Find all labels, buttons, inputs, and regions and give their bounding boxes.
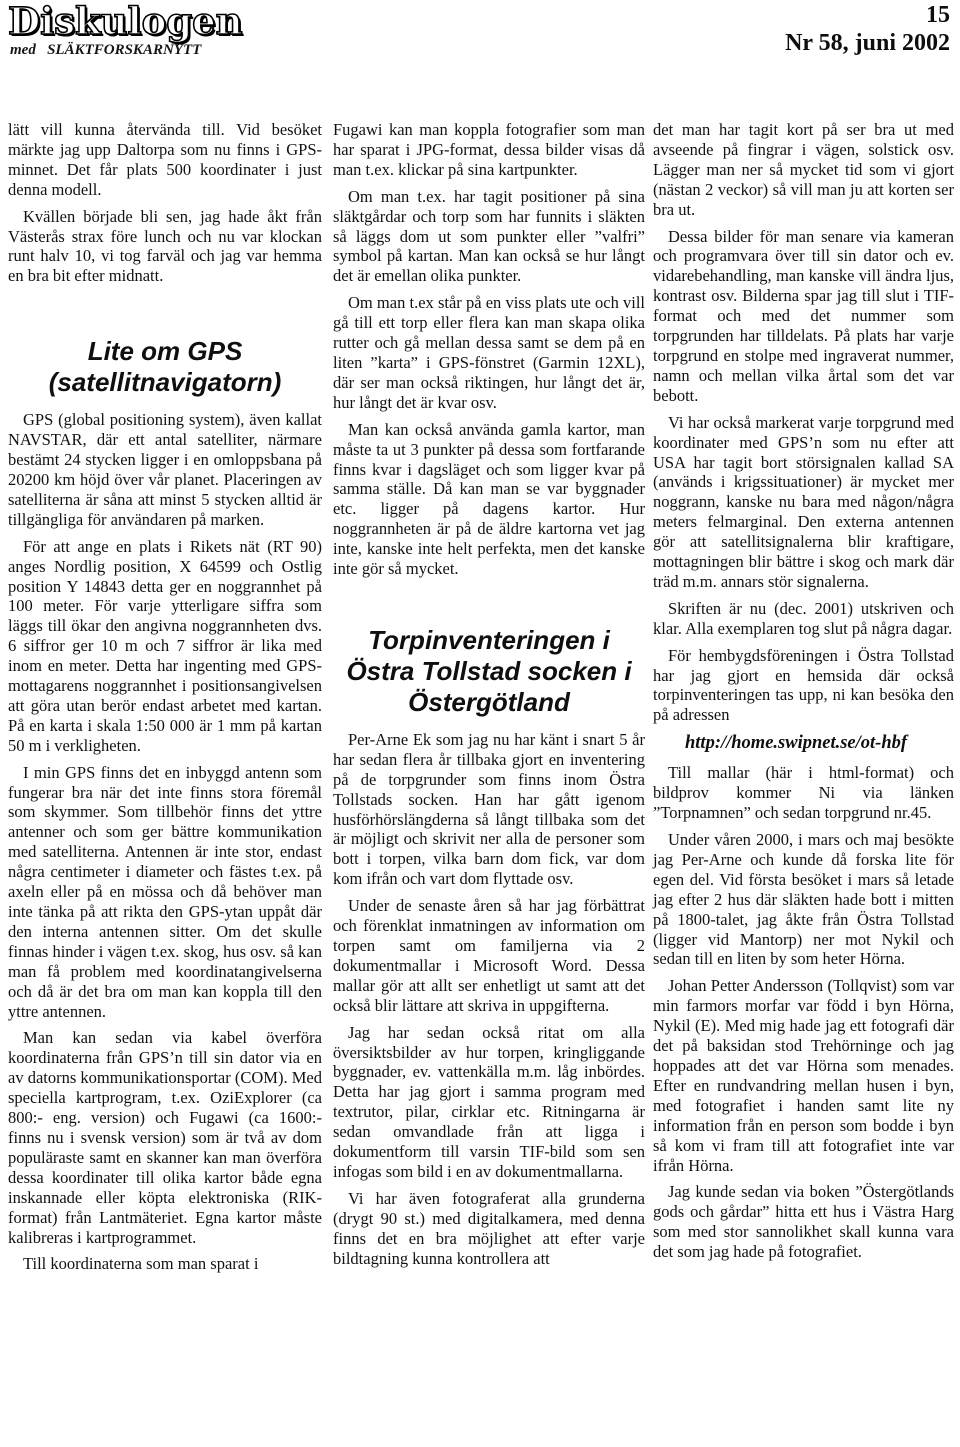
paragraph: Per-Arne Ek som jag nu har känt i snart … (333, 730, 645, 889)
section-heading-gps: Lite om GPS (satellitnavigatorn) (10, 336, 320, 398)
paragraph: Man kan också använda gamla kartor, man … (333, 420, 645, 579)
website-url: http://home.swipnet.se/ot-hbf (653, 732, 954, 754)
paragraph: Jag har sedan också ritat om alla översi… (333, 1023, 645, 1182)
paragraph: Jag kunde sedan via boken ”Östergötlands… (653, 1182, 954, 1262)
column-middle: Fugawi kan man koppla fotografier som ma… (333, 120, 645, 1276)
paragraph: För att ange en plats i Rikets nät (RT 9… (8, 537, 322, 756)
paragraph: lätt vill kunna återvända till. Vid besö… (8, 120, 322, 200)
paragraph: Till koordinaterna som man sparat i (8, 1254, 322, 1274)
section-heading-torpinventering: Torpinventeringen i Östra Tollstad socke… (333, 625, 645, 718)
paragraph: Under de senaste åren så har jag förbätt… (333, 896, 645, 1015)
paragraph: Man kan sedan via kabel överföra koordin… (8, 1028, 322, 1247)
page-number: 15 (926, 2, 950, 29)
paragraph: Vi har också markerat varje torpgrund me… (653, 413, 954, 592)
newsletter-page: Diskulogen med SLÄKTFORSKARNYTT 15 Nr 58… (0, 0, 960, 1447)
paragraph: Vi har även fotograferat alla grunderna … (333, 1189, 645, 1269)
paragraph: I min GPS finns det en inbyggd antenn so… (8, 763, 322, 1022)
column-right: det man har tagit kort på ser bra ut med… (653, 120, 954, 1269)
paragraph: Under våren 2000, i mars och maj besökte… (653, 830, 954, 969)
issue-date: Nr 58, juni 2002 (785, 30, 950, 57)
paragraph: GPS (global positioning system), även ka… (8, 410, 322, 529)
column-left: lätt vill kunna återvända till. Vid besö… (8, 120, 322, 1281)
masthead-logo: Diskulogen (8, 2, 243, 40)
paragraph: Kvällen började bli sen, jag hade åkt fr… (8, 207, 322, 287)
paragraph: det man har tagit kort på ser bra ut med… (653, 120, 954, 220)
paragraph: Dessa bilder för man senare via kameran … (653, 227, 954, 406)
paragraph: Om man t.ex står på en viss plats ute oc… (333, 293, 645, 412)
paragraph: Johan Petter Andersson (Tollqvist) som v… (653, 976, 954, 1175)
masthead-tagline: med SLÄKTFORSKARNYTT (10, 42, 201, 59)
paragraph: Skriften är nu (dec. 2001) utskriven och… (653, 599, 954, 639)
paragraph: Om man t.ex. har tagit positioner på sin… (333, 187, 645, 287)
paragraph: För hembygdsföreningen i Östra Tollstad … (653, 646, 954, 726)
paragraph: Till mallar (här i html-format) och bild… (653, 763, 954, 823)
paragraph: Fugawi kan man koppla fotografier som ma… (333, 120, 645, 180)
